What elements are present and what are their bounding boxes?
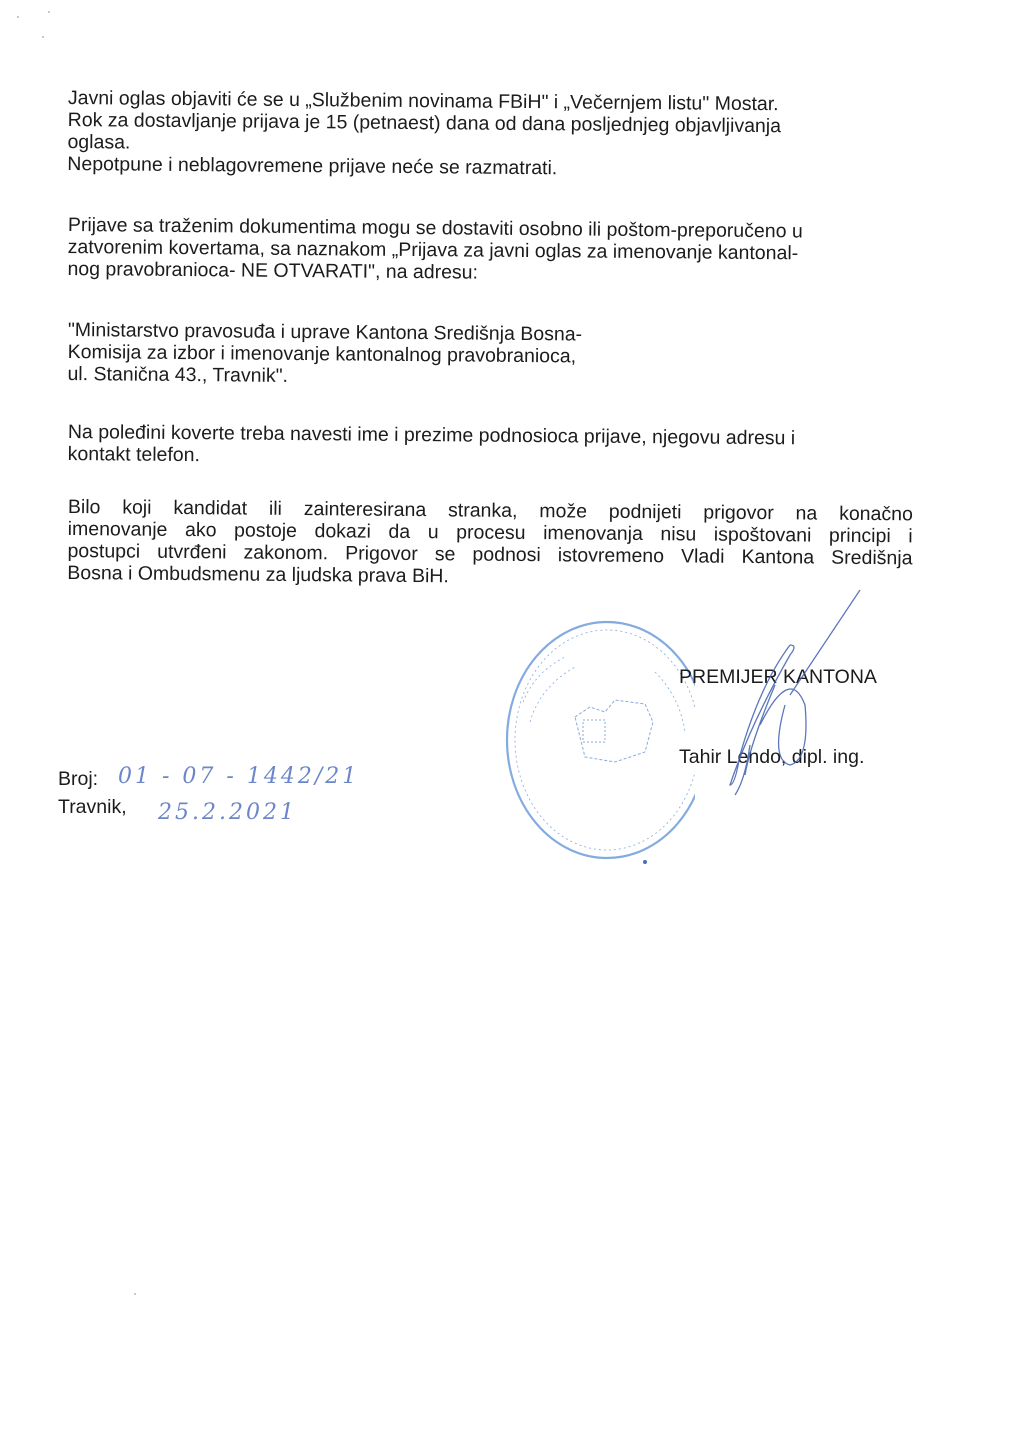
scan-speck [42, 36, 44, 38]
place-label: Travnik, [58, 796, 127, 819]
paragraph-address: "Ministarstvo pravosuđa i uprave Kantona… [67, 319, 913, 392]
scan-speck [17, 16, 19, 18]
official-seal-icon [495, 612, 695, 872]
paragraph-publication: Javni oglas objaviti će se u „Službenim … [67, 87, 913, 182]
paragraph-submission: Prijave sa traženim dokumentima mogu se … [67, 214, 913, 287]
date-value: 25.2.2021 [158, 800, 297, 825]
signature-icon [690, 585, 890, 815]
paragraph-envelope: Na poleđini koverte treba navesti ime i … [68, 421, 913, 472]
scan-speck [134, 1293, 136, 1295]
scan-speck [48, 11, 50, 13]
number-label: Broj: [58, 768, 98, 791]
paragraph-objection: Bilo koji kandidat ili zainteresirana st… [67, 496, 913, 591]
document-page: Javni oglas objaviti će se u „Službenim … [0, 0, 1013, 1454]
number-value: 01 - 07 - 1442/21 [118, 764, 359, 789]
